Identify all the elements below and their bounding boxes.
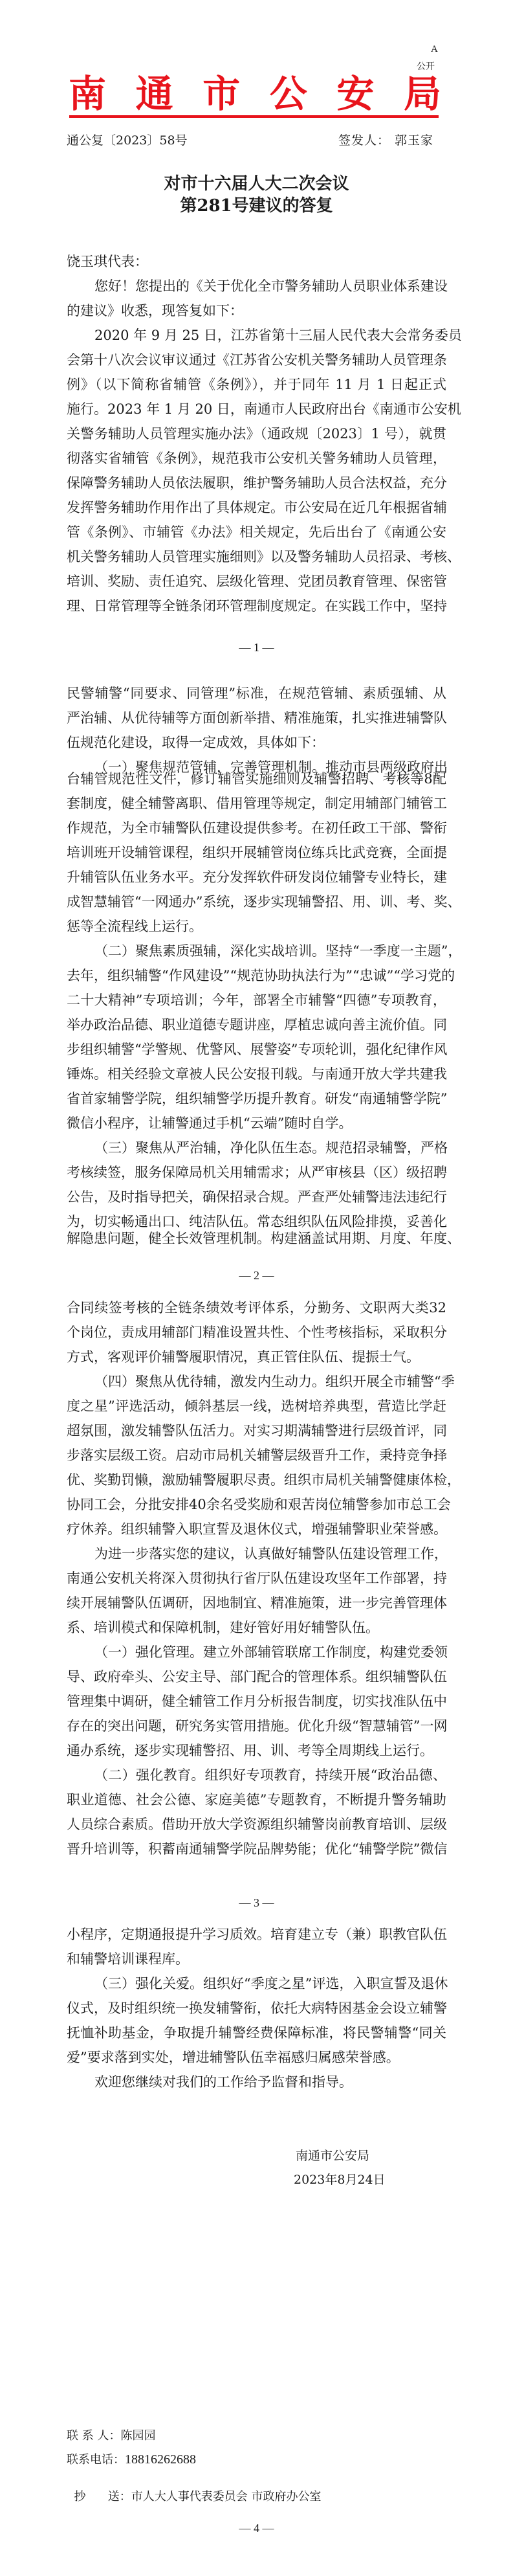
body-line: 例》（以下简称省辅管《条例》），并于同年 11 月 1 日起正式 — [67, 376, 446, 393]
body-line: 职业道德、社会公德、家庭美德”专题教育，不断提升警务辅助 — [67, 1791, 446, 1808]
body-line: 台辅管规范性文件，修订辅管实施细则及辅警招聘、考核等8配 — [67, 770, 446, 787]
red-divider — [69, 115, 439, 118]
body-line: 锤炼。相关经验文章被人民公安报刊载。与南通开放大学共建我 — [67, 1066, 446, 1082]
body-line: 协同工会，分批安排40余名受奖励和艰苦岗位辅警参加市总工会 — [67, 1496, 446, 1513]
body-line: 的建议》收悉，现答复如下： — [67, 302, 446, 319]
body-line: 步落实层级工资。启动市局机关辅警层级晋升工作，秉持竞争择 — [67, 1447, 446, 1464]
body-line: 公告，及时指导把关，确保招录合规。严查严处辅警违法违纪行 — [67, 1189, 446, 1205]
body-line: 欢迎您继续对我们的工作给予监督和指导。 — [94, 2074, 446, 2090]
body-line: 度之星”评选活动，倾斜基层一线，选树培养典型，营造比学赶 — [67, 1398, 446, 1415]
body-line: 南通公安机关将深入贯彻执行省厅队伍建设攻坚年工作部署，持 — [67, 1570, 446, 1587]
body-line: 惩等全流程线上运行。 — [67, 918, 446, 935]
cc-recipients: 抄 送：市人大人事代表委员会 市政府办公室 — [67, 2474, 322, 2504]
letterhead-char: 安 — [336, 73, 374, 115]
signature-date: 2023年8月24日 — [294, 2170, 386, 2188]
body-line: 举办政治品德、职业道德专题讲座，厚植忠诚向善主流价值。同 — [67, 1016, 446, 1033]
salutation: 饶玉琪代表： — [67, 253, 446, 270]
body-line: 二十大精神”专项培训；今年，部署全市辅警“四德”专项教育， — [67, 992, 446, 1009]
contact-phone-value: 18816262688 — [125, 2452, 196, 2467]
signer: 签发人： 郭玉家 — [338, 131, 433, 148]
body-line: 省首家辅警学院，组织辅警学历提升教育。研发“南通辅警学院” — [67, 1090, 446, 1107]
body-line: 您好！您提出的《关于优化全市警务辅助人员职业体系建设 — [94, 278, 446, 295]
letterhead-char: 公 — [270, 73, 307, 115]
body-line: （一）强化管理。建立外部辅管联席工作制度，构建党委领 — [94, 1644, 446, 1661]
body-line: （三）聚焦从严治辅，净化队伍生态。规范招录辅警，严格 — [94, 1139, 446, 1156]
body-line: 2020 年 9 月 25 日，江苏省第十三届人民代表大会常务委员 — [94, 327, 446, 344]
body-line: 优、奖勤罚懒，激励辅警履职尽责。组织市局机关辅警健康体检， — [67, 1472, 446, 1488]
body-line: 抚恤补助基金，争取提升辅警经费保障标准，将民警辅警“同关 — [67, 2024, 446, 2041]
body-line: 培训、奖励、责任追究、层级化管理、党团员教育管理、保密管 — [67, 573, 446, 590]
body-line: 施行。2023 年 1 月 20 日，南通市人民政府出台《南通市公安机 — [67, 401, 446, 418]
body-line: 机关警务辅助人员管理实施细则》以及警务辅助人员招录、考核、 — [67, 548, 446, 565]
page-number: — 2 — — [0, 1269, 513, 1282]
body-line: 保障警务辅助人员依法履职，维护警务辅助人员合法权益，充分 — [67, 475, 446, 491]
body-line: 彻落实省辅管《条例》，规范我市公安机关警务辅助人员管理， — [67, 450, 446, 467]
body-line: 小程序，定期通报提升学习质效。培育建立专（兼）职教官队伍 — [67, 1926, 446, 1943]
body-line: 导、政府牵头、公安主导、部门配合的管理体系。组织辅警队伍 — [67, 1668, 446, 1685]
public-mark: 公开 — [417, 60, 435, 73]
body-line: 去年，组织辅警“作风建设”“规范协助执法行为”“忠诚”“学习党的 — [67, 967, 446, 984]
body-line: 成智慧辅管“一网通办”系统，逐步实现辅警招、用、训、考、奖、 — [67, 893, 446, 910]
org-letterhead: 南 通 市 公 安 局 — [69, 73, 441, 115]
body-line: 晋升培训等，积蓄南通辅警学院品牌势能；优化“辅警学院”微信 — [67, 1841, 446, 1857]
body-line: 仪式，及时组织统一换发辅警衔，依托大病特困基金会设立辅警 — [67, 2000, 446, 2017]
body-line: 会第十八次会议审议通过《江苏省公安机关警务辅助人员管理条 — [67, 352, 446, 368]
body-line: 合同续签考核的全链条绩效考评体系，分勤务、文职两大类32 — [67, 1299, 446, 1316]
body-line: 微信小程序，让辅警通过手机“云端”随时自学。 — [67, 1115, 446, 1132]
body-line: 续开展辅警队伍调研，因地制宜、精准施策，进一步完善管理体 — [67, 1595, 446, 1611]
body-line: 疗休养。组织辅警入职宣誓及退休仪式，增强辅警职业荣誉感。 — [67, 1521, 446, 1538]
body-line: 为进一步落实您的建议，认真做好辅警队伍建设管理工作， — [94, 1545, 446, 1562]
cc-value: 市人大人事代表委员会 市政府办公室 — [131, 2490, 322, 2503]
body-line: 升辅管队伍业务水平。充分发挥软件研发岗位辅警专业特长，建 — [67, 869, 446, 886]
body-line: 伍规范化建设，取得一定成效，具体如下： — [67, 734, 446, 751]
body-line: 管理集中调研，健全辅管工作月分析报告制度，切实找准队伍中 — [67, 1693, 446, 1710]
body-line: 步组织辅警“学警规、优警风、展警姿”专项轮训，强化纪律作风 — [67, 1041, 446, 1058]
letterhead-char: 通 — [136, 73, 173, 115]
contact-person-value: 陈园园 — [120, 2429, 155, 2443]
page-number: — 4 — — [0, 2522, 513, 2535]
document-number: 通公复〔2023〕58号 — [67, 131, 188, 148]
body-line: 系、培训模式和保障机制，建好管好用好辅警队伍。 — [67, 1619, 446, 1636]
body-line: 民警辅警“同要求、同管理”标准，在规范管辅、素质强辅、从 — [67, 685, 446, 702]
body-line: 理、日常管理等全链条闭环管理制度规定。在实践工作中，坚持 — [67, 598, 446, 614]
body-line: 严治辅、从优待辅等方面创新举措、精准施策，扎实推进辅警队 — [67, 710, 446, 726]
cc-label: 抄 送： — [74, 2490, 131, 2503]
contact-person-label: 联 系 人： — [67, 2429, 120, 2443]
body-line: （四）聚焦从优待辅，激发内生动力。组织开展全市辅警“季 — [94, 1373, 446, 1390]
body-line: （三）强化关爱。组织好“季度之星”评选，入职宣誓及退休 — [94, 1975, 446, 1992]
body-line: 解隐患问题，健全长效管理机制。构建涵盖试用期、月度、年度、 — [67, 1230, 446, 1247]
body-line: 套制度，健全辅警离职、借用管理等规定，制定用辅部门辅管工 — [67, 795, 446, 812]
body-line: 为，切实畅通出口、纯洁队伍。常态组织队伍风险排摸，妥善化 — [67, 1213, 446, 1230]
body-line: 管《条例》、市辅管《办法》相关规定，先后出台了《南通公安 — [67, 524, 446, 541]
body-line: 关警务辅助人员管理实施办法》（通政规〔2023〕1 号），就贯 — [67, 425, 446, 442]
body-line: 通办系统，逐步实现辅警招、用、训、考等全周期线上运行。 — [67, 1742, 446, 1759]
signature-org: 南通市公安局 — [296, 2146, 369, 2164]
document-title-line2: 第281号建议的答复 — [0, 196, 513, 216]
document-title-line1: 对市十六届人大二次会议 — [0, 174, 513, 194]
body-line: 人员综合素质。借助开放大学资源组织辅警岗前教育培训、层级 — [67, 1816, 446, 1833]
contact-person: 联 系 人：陈园园 — [67, 2426, 155, 2443]
body-line: （二）聚焦素质强辅，深化实战培训。坚持“一季度一主题”， — [94, 943, 446, 959]
contact-phone-label: 联系电话： — [67, 2453, 125, 2467]
body-line: 培训班开设辅管课程，组织开展辅管岗位练兵比武竞赛，全面提 — [67, 844, 446, 861]
body-line: 发挥警务辅助作用作出了具体规定。市公安局在近几年根据省辅 — [67, 499, 446, 516]
page-number: — 3 — — [0, 1896, 513, 1910]
body-line: 作规范，为全市辅警队伍建设提供参考。在初任政工干部、警衔 — [67, 820, 446, 836]
public-mark-a: A — [431, 44, 438, 55]
body-line: （二）强化教育。组织好专项教育，持续开展“政治品德、 — [94, 1767, 446, 1784]
body-line: 个岗位，责成用辅部门精准设置共性、个性考核指标，采取积分 — [67, 1324, 446, 1341]
letterhead-char: 局 — [404, 73, 441, 115]
body-line: 和辅警培训课程库。 — [67, 1951, 446, 1967]
body-line: 超氛围，激发辅警队伍活力。对实习期满辅警进行层级首评，同 — [67, 1422, 446, 1439]
page-number: — 1 — — [0, 641, 513, 655]
letterhead-char: 南 — [69, 73, 106, 115]
contact-phone: 联系电话：18816262688 — [67, 2450, 196, 2467]
body-line: 考核续签，服务保障局机关用辅需求；从严审核县（区）级招聘 — [67, 1164, 446, 1181]
letterhead-char: 市 — [202, 73, 240, 115]
body-line: 爱”要求落到实处，增进辅警队伍幸福感归属感荣誉感。 — [67, 2049, 446, 2066]
body-line: 方式，客观评价辅警履职情况，真正管住队伍、提振士气。 — [67, 1349, 446, 1365]
body-line: 存在的突出问题，研究务实管用措施。优化升级“智慧辅管”一网 — [67, 1718, 446, 1734]
